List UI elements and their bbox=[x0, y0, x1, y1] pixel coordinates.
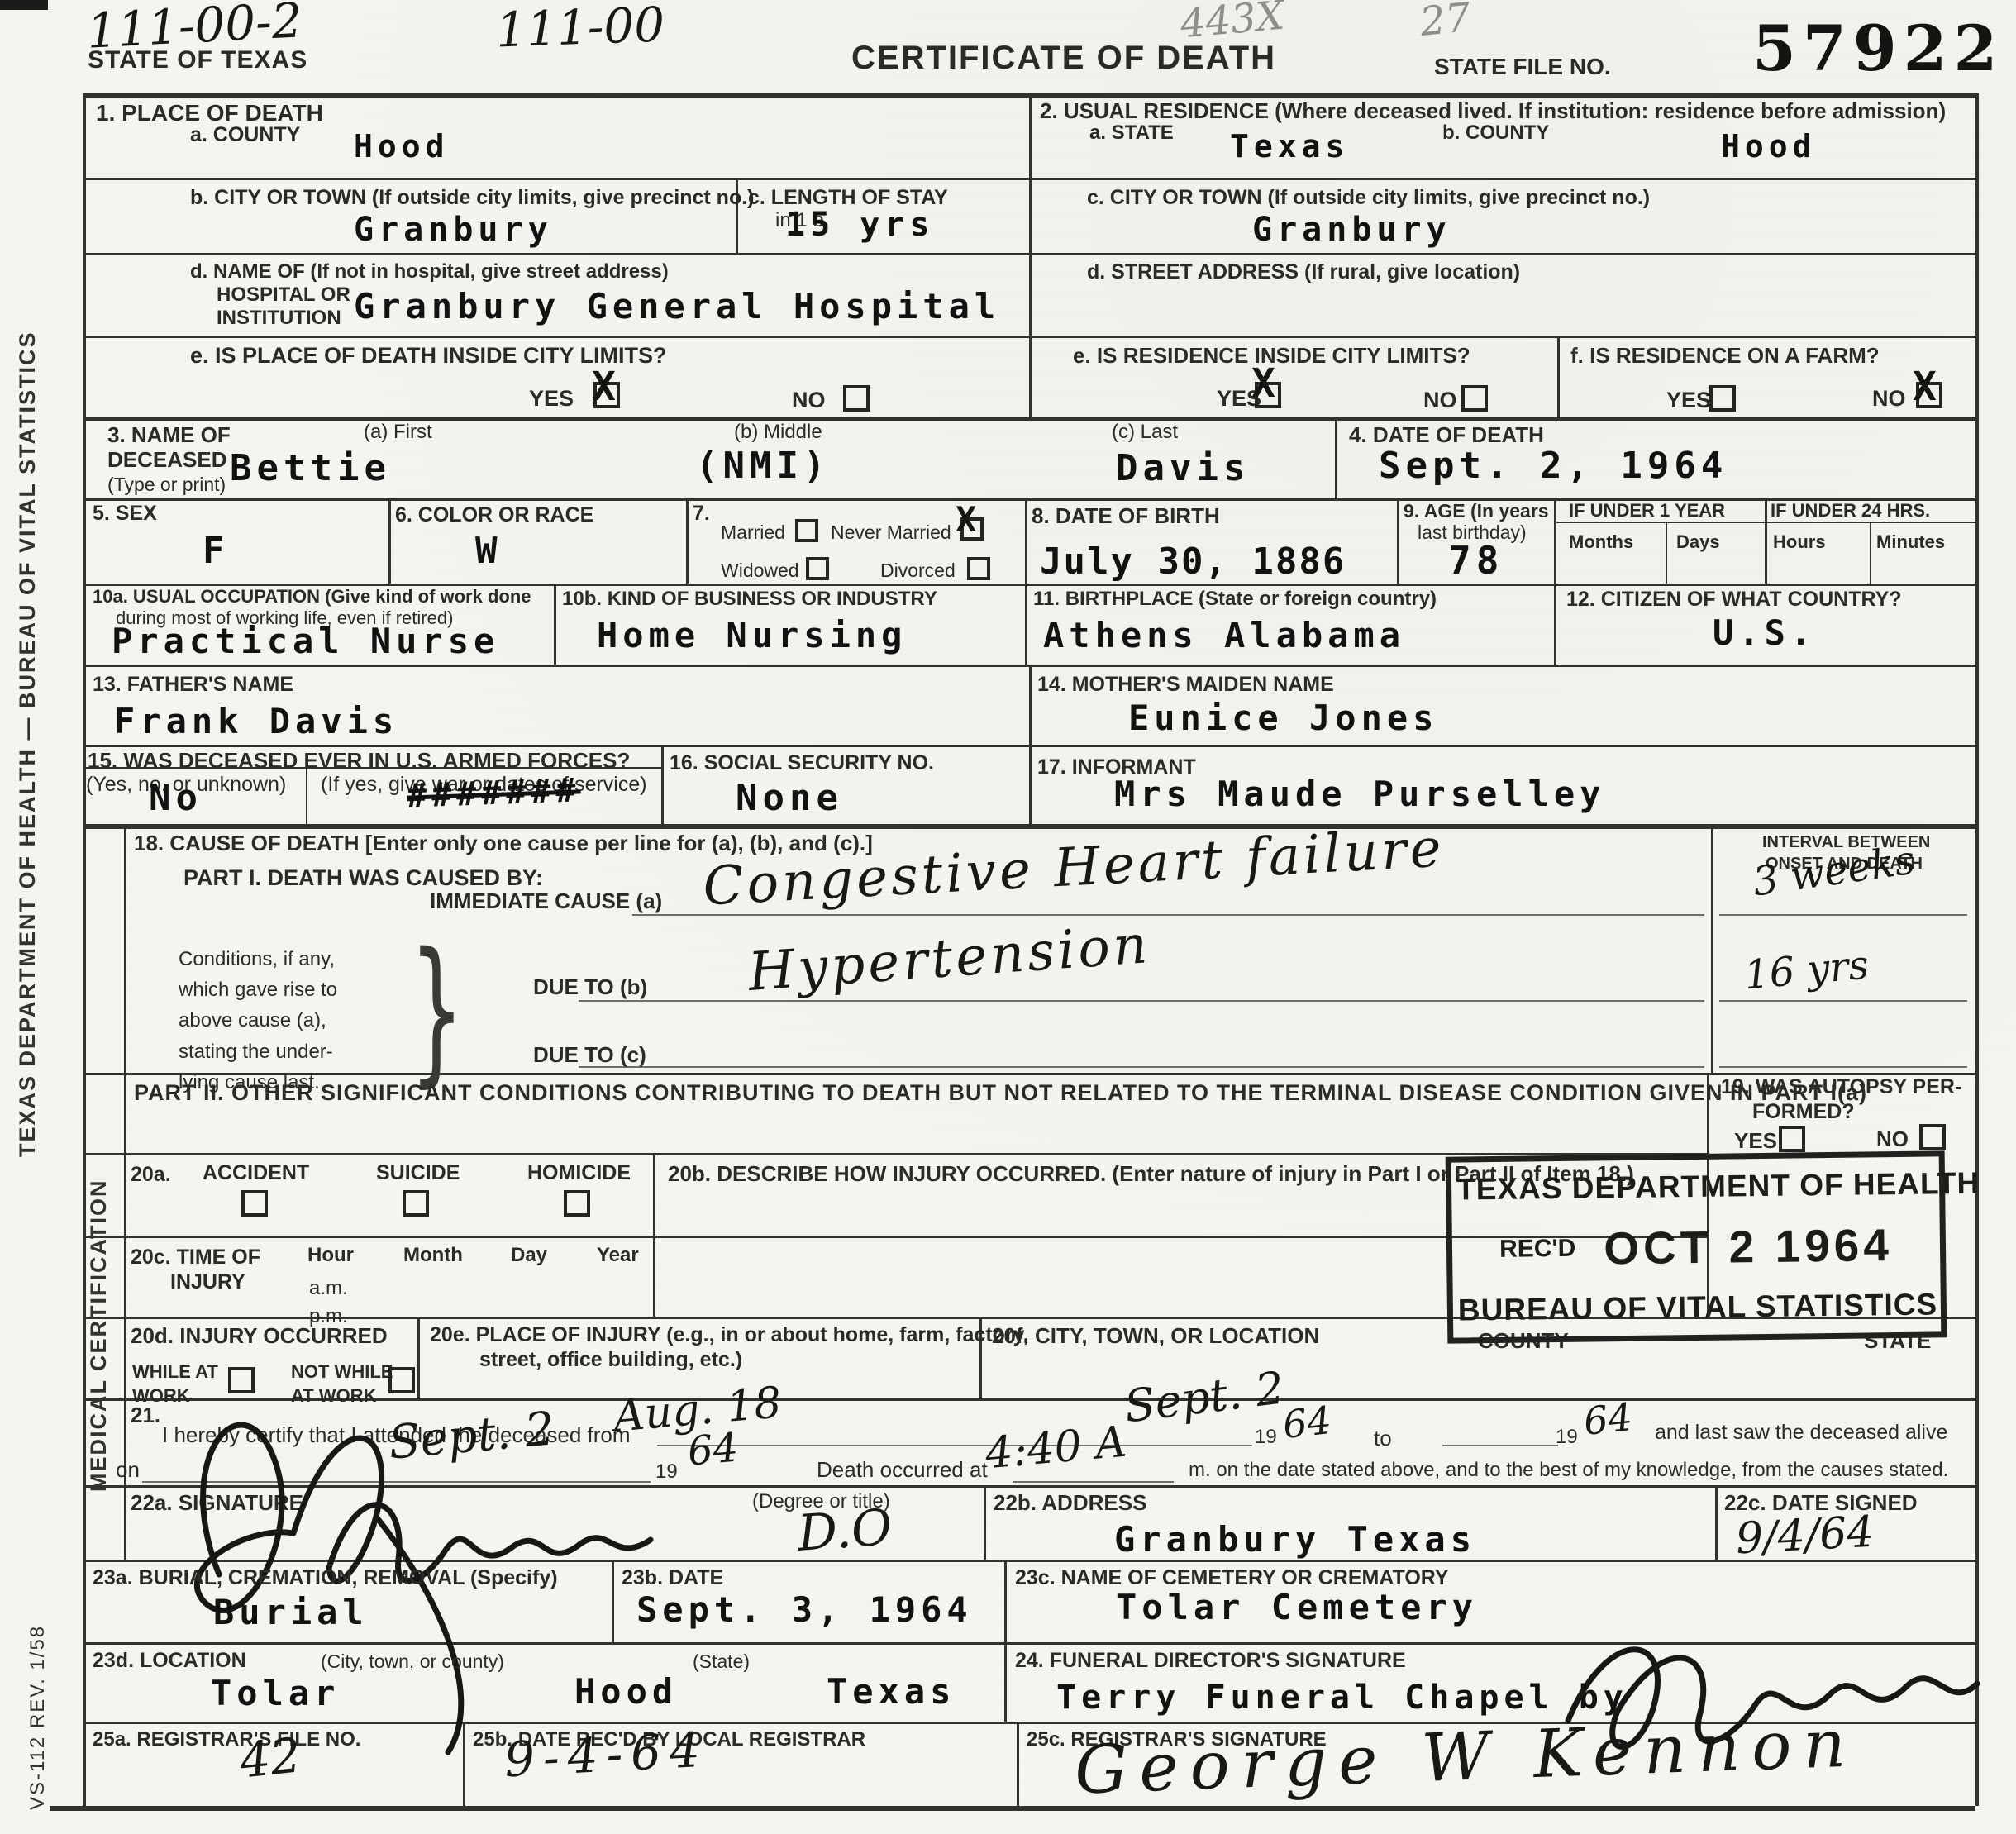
pencil-note-2: 27 bbox=[1418, 0, 1473, 42]
death-certificate-page: TEXAS DEPARTMENT OF HEALTH — BUREAU OF V… bbox=[0, 0, 2016, 1834]
mother-label: 14. MOTHER'S MAIDEN NAME bbox=[1037, 674, 1334, 697]
birthplace-label: 11. BIRTHPLACE (State or foreign country… bbox=[1033, 588, 1437, 610]
autopsy-label-2: FORMED? bbox=[1752, 1101, 1855, 1124]
registrar-file-handwriting: 42 bbox=[237, 1731, 303, 1784]
stamp-line-1: TEXAS DEPARTMENT OF HEALTH bbox=[1456, 1166, 1934, 1207]
divider bbox=[661, 745, 664, 824]
name-heading-3: (Type or print) bbox=[107, 474, 226, 495]
stamp-recd-label: REC'D bbox=[1499, 1235, 1576, 1264]
occupation-value: Practical Nurse bbox=[112, 624, 499, 659]
race-label: 6. COLOR OR RACE bbox=[395, 504, 593, 527]
part2-label: PART II. OTHER SIGNIFICANT CONDITIONS CO… bbox=[134, 1081, 1867, 1106]
date-signed-handwriting: 9/4/64 bbox=[1735, 1511, 1875, 1561]
burial-date-value: Sept. 3, 1964 bbox=[636, 1593, 973, 1627]
due-to-b-handwriting: Hypertension bbox=[746, 918, 1152, 999]
age-value: 78 bbox=[1448, 541, 1504, 579]
divider bbox=[1554, 498, 1556, 584]
stamp-line-3: BUREAU OF VITAL STATISTICS bbox=[1458, 1287, 1936, 1327]
received-stamp: TEXAS DEPARTMENT OF HEALTH REC'D OCT 2 1… bbox=[1446, 1150, 1947, 1343]
divorced-label: Divorced bbox=[880, 560, 956, 581]
registrar-signature-handwriting: George W Kennon bbox=[1074, 1710, 1858, 1803]
ssn-label: 16. SOCIAL SECURITY NO. bbox=[670, 752, 934, 775]
divider bbox=[686, 498, 689, 584]
middle-name-value: (NMI) bbox=[696, 448, 830, 484]
county-label: a. COUNTY bbox=[190, 124, 300, 147]
hospital-label: d. NAME OF (If not in hospital, give str… bbox=[190, 261, 669, 283]
residence-state-label: a. STATE bbox=[1089, 122, 1174, 144]
date-of-death-value: Sept. 2, 1964 bbox=[1379, 448, 1728, 484]
divider bbox=[554, 584, 556, 665]
injury-c-label-2: INJURY bbox=[170, 1271, 245, 1294]
hospital-label-3: INSTITUTION bbox=[217, 307, 341, 329]
married-checkbox bbox=[795, 519, 818, 542]
never-married-xmark: X bbox=[956, 503, 976, 537]
months-label: Months bbox=[1569, 532, 1633, 552]
divider bbox=[83, 824, 1975, 829]
divider bbox=[1397, 498, 1399, 584]
divider bbox=[83, 93, 86, 1806]
divider bbox=[1557, 336, 1560, 417]
certify-yr1: 19 bbox=[1255, 1427, 1277, 1448]
homicide-label: HOMICIDE bbox=[527, 1162, 631, 1185]
certify-line2b: m. on the date stated above, and to the … bbox=[1189, 1460, 1948, 1481]
residence-county-value: Hood bbox=[1721, 131, 1817, 162]
widowed-checkbox bbox=[806, 557, 829, 580]
divider bbox=[306, 767, 307, 824]
hospital-label-2: HOSPITAL OR bbox=[217, 284, 350, 306]
married-label: Married bbox=[721, 522, 785, 543]
location-label: 23d. LOCATION bbox=[93, 1650, 246, 1673]
divider bbox=[1711, 824, 1713, 1073]
divider bbox=[1029, 745, 1032, 824]
location-state-value: Texas bbox=[827, 1674, 956, 1709]
divider bbox=[1765, 498, 1767, 584]
residence-city-value: Granbury bbox=[1252, 213, 1451, 246]
fill-line bbox=[1442, 1445, 1558, 1446]
farm-label: f. IS RESIDENCE ON A FARM? bbox=[1570, 344, 1880, 368]
conditions-brace: } bbox=[409, 919, 464, 1102]
age-label-1: 9. AGE (In years bbox=[1404, 501, 1549, 522]
farm-no-label: NO bbox=[1872, 387, 1906, 412]
divorced-checkbox bbox=[967, 557, 990, 580]
divider bbox=[1025, 498, 1027, 584]
from-year-handwriting: 64 bbox=[1281, 1401, 1333, 1444]
occupation-label-1: 10a. USUAL OCCUPATION (Give kind of work… bbox=[93, 587, 531, 607]
day-label: Day bbox=[511, 1245, 547, 1266]
year-label: Year bbox=[597, 1245, 639, 1266]
city-value: Granbury bbox=[354, 213, 553, 246]
birthplace-value: Athens Alabama bbox=[1043, 618, 1405, 653]
name-heading-2: DECEASED bbox=[107, 448, 226, 472]
minutes-label: Minutes bbox=[1876, 532, 1945, 552]
scan-smudge bbox=[0, 0, 48, 10]
injury-f-label: 20f. CITY, TOWN, OR LOCATION bbox=[992, 1324, 1319, 1348]
county-value: Hood bbox=[354, 131, 450, 162]
service-dates-struck: ####### bbox=[406, 774, 581, 812]
days-label: Days bbox=[1676, 532, 1720, 552]
accident-checkbox bbox=[241, 1190, 268, 1217]
dob-label: 8. DATE OF BIRTH bbox=[1032, 504, 1220, 528]
length-of-stay-value: 15 yrs bbox=[785, 208, 935, 241]
form-number-text: VS-112 REV. 1/58 bbox=[26, 1599, 50, 1810]
handwritten-code-2: 111-00 bbox=[495, 0, 665, 54]
divider bbox=[1025, 584, 1027, 665]
registrar-file-label: 25a. REGISTRAR'S FILE NO. bbox=[93, 1729, 360, 1751]
father-label: 13. FATHER'S NAME bbox=[93, 674, 293, 697]
interval-b-handwriting: 16 yrs bbox=[1742, 946, 1871, 996]
page-title: CERTIFICATE OF DEATH bbox=[851, 40, 1276, 76]
certify-yr2: 19 bbox=[1556, 1427, 1578, 1448]
place-limits-yes-label: YES bbox=[529, 387, 574, 412]
location-sub-1: (City, town, or county) bbox=[321, 1651, 504, 1672]
informant-value: Mrs Maude Purselley bbox=[1114, 777, 1605, 812]
residence-limits-yes-xmark: X bbox=[1251, 364, 1275, 403]
fill-line bbox=[1719, 1066, 1967, 1068]
am-label: a.m. bbox=[309, 1278, 348, 1299]
fill-line bbox=[1719, 914, 1967, 916]
ssn-value: None bbox=[736, 780, 843, 817]
residence-city-label: c. CITY OR TOWN (If outside city limits,… bbox=[1087, 187, 1650, 210]
injury-c-label-1: 20c. TIME OF bbox=[131, 1246, 260, 1270]
place-limits-no-label: NO bbox=[792, 388, 826, 413]
under-1-year-label: IF UNDER 1 YEAR bbox=[1569, 501, 1725, 521]
divider bbox=[1975, 93, 1979, 1806]
due-to-c-label: DUE TO (c) bbox=[533, 1043, 646, 1067]
residence-county-label: b. COUNTY bbox=[1442, 122, 1549, 144]
father-value: Frank Davis bbox=[114, 704, 398, 739]
fill-line bbox=[632, 914, 1704, 916]
cause-label: 18. CAUSE OF DEATH [Enter only one cause… bbox=[134, 831, 873, 855]
divider bbox=[1870, 522, 1871, 584]
due-to-b-label: DUE TO (b) bbox=[533, 975, 647, 999]
sex-value: F bbox=[203, 533, 230, 569]
place-limits-no-checkbox bbox=[843, 385, 870, 412]
armed-forces-label: 15. WAS DECEASED EVER IN U.S. ARMED FORC… bbox=[88, 749, 630, 773]
homicide-checkbox bbox=[564, 1190, 590, 1217]
street-address-label: d. STREET ADDRESS (If rural, give locati… bbox=[1087, 261, 1520, 284]
to-year-handwriting: 64 bbox=[1582, 1398, 1634, 1441]
section-2-heading: 2. USUAL RESIDENCE (Where deceased lived… bbox=[1040, 99, 1946, 123]
divider bbox=[1715, 1485, 1718, 1560]
race-value: W bbox=[475, 533, 503, 569]
widowed-label: Widowed bbox=[721, 560, 799, 581]
autopsy-yes-checkbox bbox=[1779, 1126, 1805, 1152]
fill-line bbox=[1719, 1000, 1967, 1002]
accident-label: ACCIDENT bbox=[203, 1162, 309, 1185]
cemetery-value: Tolar Cemetery bbox=[1116, 1590, 1478, 1625]
last-name-label: (c) Last bbox=[1112, 422, 1178, 443]
city-label: b. CITY OR TOWN (If outside city limits,… bbox=[190, 187, 754, 210]
farm-no-xmark: X bbox=[1913, 367, 1937, 407]
first-name-label: (a) First bbox=[364, 422, 432, 443]
address-value: Granbury Texas bbox=[1114, 1522, 1476, 1557]
conditions-note: Conditions, if any, which gave rise to a… bbox=[179, 944, 337, 1098]
month-label: Month bbox=[403, 1245, 463, 1266]
sex-label: 5. SEX bbox=[93, 503, 157, 526]
burial-date-label: 23b. DATE bbox=[622, 1567, 723, 1590]
divider bbox=[1554, 584, 1556, 665]
location-sub-2: (State) bbox=[693, 1651, 750, 1672]
residence-limits-no-label: NO bbox=[1423, 388, 1457, 413]
agency-sidebar-text: TEXAS DEPARTMENT OF HEALTH — BUREAU OF V… bbox=[15, 273, 41, 1157]
middle-name-label: (b) Middle bbox=[734, 422, 822, 443]
divider bbox=[83, 1153, 1707, 1155]
immediate-cause-label: IMMEDIATE CAUSE (a) bbox=[430, 889, 662, 913]
state-file-no-label: STATE FILE NO. bbox=[1434, 55, 1611, 80]
farm-yes-checkbox bbox=[1709, 385, 1736, 412]
state-file-number: 57922 bbox=[1752, 12, 2004, 85]
under-24-hrs-label: IF UNDER 24 HRS. bbox=[1771, 501, 1930, 521]
hours-label: Hours bbox=[1773, 532, 1826, 552]
never-married-label: Never Married bbox=[831, 522, 951, 543]
suicide-label: SUICIDE bbox=[376, 1162, 460, 1185]
residence-limits-no-checkbox bbox=[1461, 385, 1488, 412]
autopsy-no-checkbox bbox=[1919, 1124, 1946, 1150]
suicide-checkbox bbox=[403, 1190, 429, 1217]
autopsy-no-label: NO bbox=[1876, 1127, 1909, 1151]
dob-value: July 30, 1886 bbox=[1040, 544, 1346, 580]
autopsy-label-1: 19. WAS AUTOPSY PER- bbox=[1721, 1076, 1961, 1099]
divider bbox=[50, 1806, 1975, 1811]
first-name-value: Bettie bbox=[230, 450, 391, 487]
industry-value: Home Nursing bbox=[597, 618, 907, 653]
place-limits-yes-xmark: X bbox=[592, 367, 616, 407]
armed-forces-value: No bbox=[149, 780, 203, 817]
hour-label: Hour bbox=[307, 1245, 354, 1266]
marital-label: 7. bbox=[693, 503, 710, 526]
divider bbox=[1029, 665, 1032, 745]
stamp-date-row: REC'D OCT 2 1964 bbox=[1457, 1217, 1936, 1276]
pencil-note-1: 443X bbox=[1179, 0, 1286, 44]
name-heading-1: 3. NAME OF bbox=[107, 423, 231, 447]
divider bbox=[1029, 93, 1032, 417]
divider bbox=[1666, 522, 1667, 584]
injury-a-label: 20a. bbox=[131, 1164, 171, 1187]
date-of-death-label: 4. DATE OF DEATH bbox=[1349, 423, 1544, 447]
residence-state-value: Texas bbox=[1230, 131, 1349, 162]
state-of-texas-label: STATE OF TEXAS bbox=[88, 46, 307, 74]
divider bbox=[653, 1153, 655, 1317]
certify-to: to bbox=[1374, 1427, 1392, 1451]
burial-method-value: Burial bbox=[213, 1595, 369, 1630]
mother-value: Eunice Jones bbox=[1128, 701, 1438, 736]
industry-label: 10b. KIND OF BUSINESS OR INDUSTRY bbox=[562, 588, 937, 610]
attended-to-handwriting: Sept. 2 bbox=[1122, 1365, 1286, 1429]
autopsy-yes-label: YES bbox=[1734, 1129, 1777, 1153]
citizen-label: 12. CITIZEN OF WHAT COUNTRY? bbox=[1566, 588, 1902, 612]
location-city-value: Tolar bbox=[211, 1676, 340, 1711]
burial-label: 23a. BURIAL, CREMATION, REMOVAL (Specify… bbox=[93, 1567, 558, 1590]
funeral-director-label: 24. FUNERAL DIRECTOR'S SIGNATURE bbox=[1015, 1650, 1406, 1673]
registrar-date-handwriting: 9-4-64 bbox=[503, 1726, 710, 1784]
fill-line bbox=[579, 1066, 1704, 1068]
stamp-date: OCT 2 1964 bbox=[1604, 1218, 1893, 1274]
citizen-value: U.S. bbox=[1713, 616, 1816, 650]
divider bbox=[83, 1073, 1975, 1075]
farm-yes-label: YES bbox=[1666, 388, 1711, 413]
part1-label: PART I. DEATH WAS CAUSED BY: bbox=[183, 866, 543, 891]
hospital-value: Granbury General Hospital bbox=[354, 289, 1000, 324]
medical-certification-sidebar-text: MEDICAL CERTIFICATION bbox=[86, 1070, 112, 1492]
certify-line1b: and last saw the deceased alive bbox=[1655, 1422, 1947, 1445]
divider bbox=[388, 498, 391, 584]
fill-line bbox=[579, 1000, 1704, 1002]
location-county-value: Hood bbox=[574, 1674, 678, 1709]
divider bbox=[1335, 417, 1337, 498]
fill-line bbox=[1013, 1481, 1174, 1483]
last-name-value: Davis bbox=[1116, 450, 1250, 487]
